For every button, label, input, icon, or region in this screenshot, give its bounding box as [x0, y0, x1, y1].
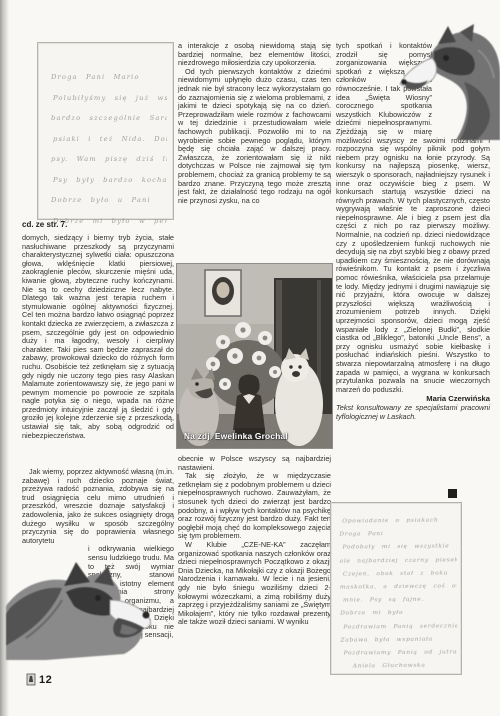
handwritten-line: maskotka, a dziewczę coś otrzyma [340, 580, 457, 594]
paragraph: a interakcje z osobą niewidomą stają się… [178, 42, 331, 68]
handwritten-line: bardzo szczególnie Sara i [51, 108, 167, 129]
handwritten-line: Podobały mi się wszystkie psy, [339, 541, 456, 555]
paragraph: W Klubie „CZE-NE-KA” zaczęłam organizowa… [178, 541, 331, 627]
handwritten-line: psy. Wam piszę dziś list [51, 149, 167, 170]
handwritten-line: Dobrze mi było w pensjonacie [51, 211, 167, 232]
handwritten-line: Opowiadanie o psiakach [339, 514, 456, 528]
column-2-text-top: a interakcje z osobą niewidomą stają się… [178, 42, 331, 205]
handwritten-line: Aniela Głuchowska [341, 659, 458, 673]
handwritten-line: Czejen, obok stał z boku [340, 567, 457, 581]
page-number: 12 [39, 674, 52, 686]
handwritten-line: Polubiłyśmy się już wszystkie [51, 88, 167, 109]
handwritten-line: ale najbardziej czarny piesek [340, 554, 457, 568]
paragraph: Tak się złożyło, że w międzyczasie zetkn… [178, 472, 331, 541]
handwritten-line: Pozdrawiam Panią serdecznie [340, 620, 457, 634]
paragraph: Od tych pierwszych kontaktów z dziećmi n… [178, 68, 331, 206]
handwritten-letter-bottom-lines: Opowiadanie o psiakachDroga PaniPodobały… [339, 514, 458, 673]
handwritten-line: psiaki i też Nida. Dobre [51, 129, 167, 150]
husky-dog-illustration [6, 548, 170, 660]
paragraph: Jak wiemy, poprzez aktywność własną (m.i… [22, 468, 174, 545]
column-1-text: domych, siedzący i bierny tryb życia, st… [22, 234, 174, 440]
article-footnote: Tekst konsultowany ze specjalistami prac… [336, 404, 490, 421]
handwritten-line: Zabawa była wspaniała [340, 633, 457, 647]
handwritten-line: Droga Pani Mario [51, 67, 167, 88]
dog-logo-icon [26, 673, 36, 686]
paragraph: obecnie w Polsce wszyscy są najbardziej … [178, 455, 331, 472]
page-footer: 12 [26, 673, 52, 686]
handwritten-line: Psy były bardzo kochane [51, 170, 167, 191]
handwritten-line: Droga Pani [339, 528, 456, 542]
photo-scene [177, 264, 332, 448]
column-2-text-bottom: obecnie w Polsce wszyscy są najbardziej … [178, 455, 331, 627]
end-of-article-marker [448, 489, 457, 498]
handwritten-line: Dobrze mi było [340, 607, 457, 621]
paragraph: domych, siedzący i bierny tryb życia, st… [22, 234, 174, 440]
photo-caption: Na zdj. Ewelinka Grochal [184, 431, 288, 441]
continuation-label: cd. ze str. 7. [22, 220, 67, 229]
husky-dog-illustration [394, 22, 500, 140]
handwritten-line: Dobrze było u Pani [51, 190, 167, 211]
article-photo: Na zdj. Ewelinka Grochal [176, 263, 333, 449]
handwritten-line: mnie. Psy są fajne. [340, 594, 457, 608]
handwritten-letter-bottom: Opowiadanie o psiakachDroga PaniPodobały… [330, 502, 462, 675]
magazine-page: Droga Pani MarioPolubiłyśmy się już wszy… [0, 0, 500, 716]
handwritten-letter-top: Droga Pani MarioPolubiłyśmy się już wszy… [37, 42, 174, 220]
handwritten-line: Pozdrawiamy Panią od jutra [341, 646, 458, 660]
handwritten-letter-top-lines: Droga Pani MarioPolubiłyśmy się już wszy… [51, 67, 167, 231]
